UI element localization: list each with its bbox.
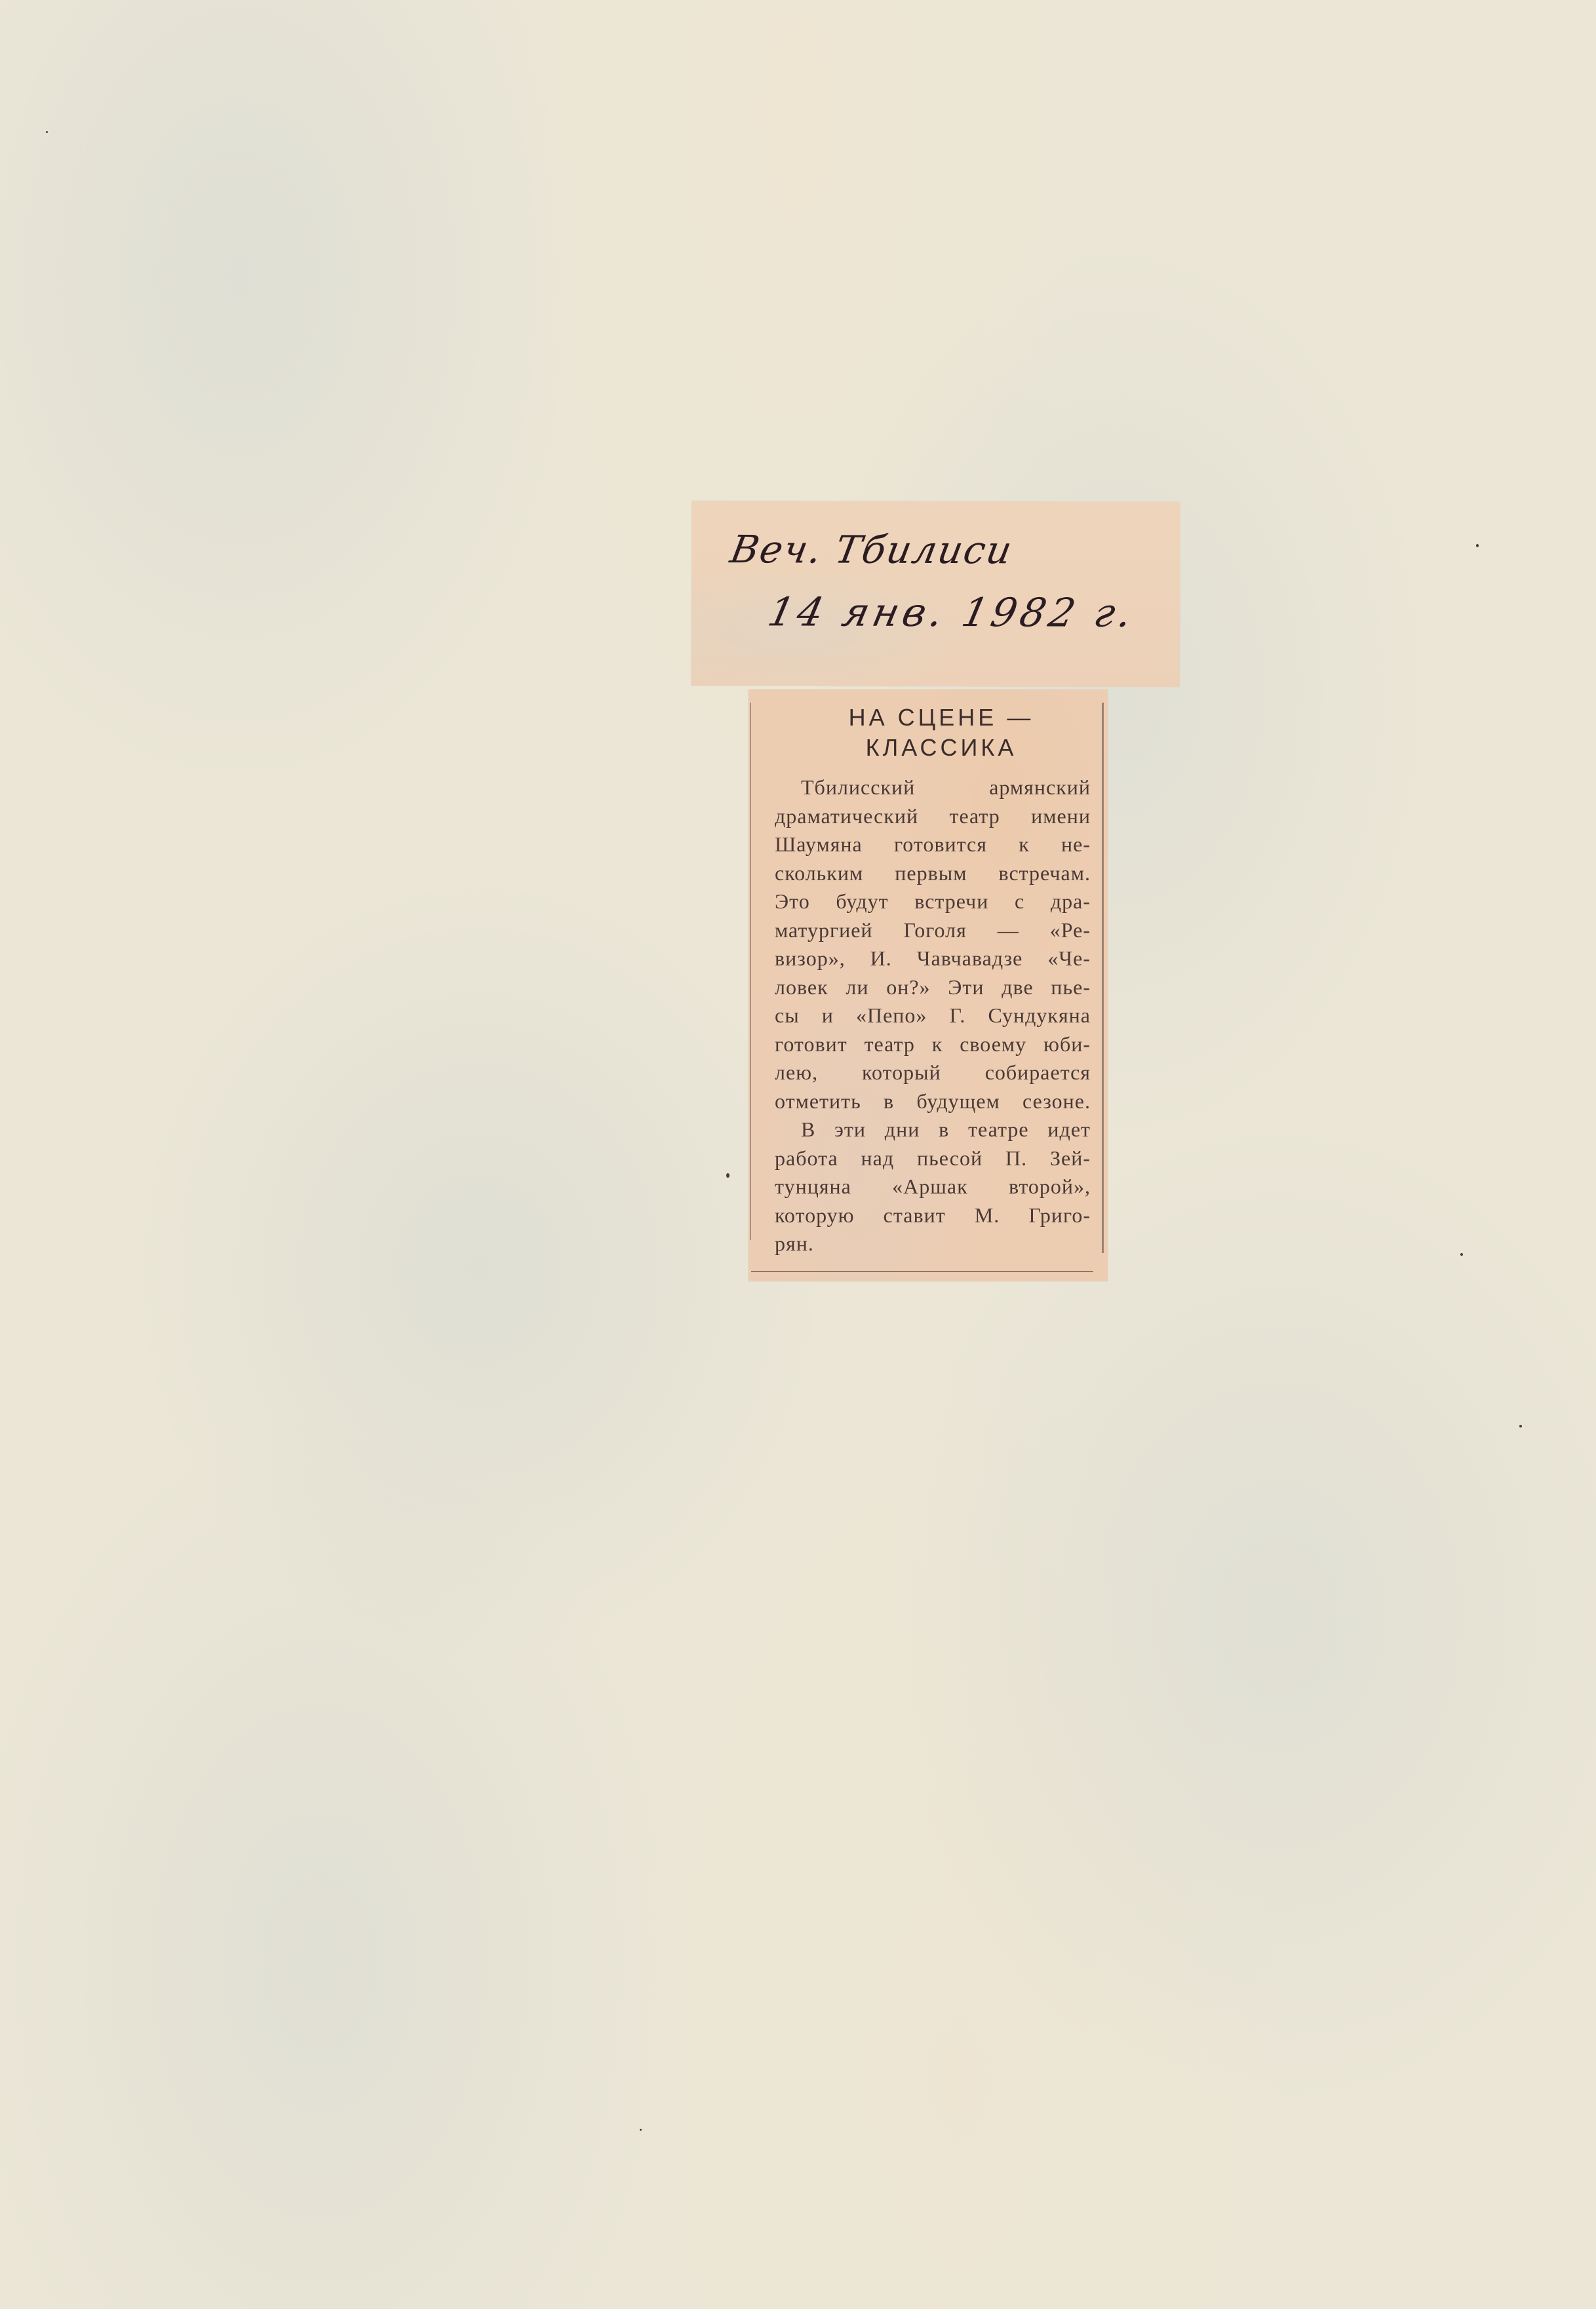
article-paragraph-2: В эти дни в театре идет работа над пьесо… [775, 1116, 1091, 1258]
article-line: визор», И. Чавчавадзе «Че- [775, 944, 1091, 973]
column-rule-right [1102, 703, 1104, 1253]
paper-speck [1476, 544, 1479, 547]
article-paragraph-1: Тбилисский армянский драматический театр… [775, 773, 1091, 1116]
paper-speck [1460, 1253, 1463, 1256]
paper-speck [640, 2129, 642, 2131]
article-line: лею, который собирается [775, 1058, 1091, 1087]
article-headline: НА СЦЕНЕ — КЛАССИКА [749, 703, 1108, 763]
article-line: Тбилисский армянский [775, 773, 1091, 802]
paper-speck [1519, 1425, 1522, 1427]
column-rule-left [750, 703, 751, 1240]
paper-speck [46, 131, 48, 133]
headline-line-2: КЛАССИКА [775, 733, 1108, 763]
article-line: скольким первым встречам. [775, 859, 1091, 888]
article-line: драматический театр имени [775, 802, 1091, 831]
article-line: сы и «Пепо» Г. Сундукяна [775, 1001, 1091, 1030]
article-line: В эти дни в театре идет [775, 1116, 1091, 1144]
headline-line-1: НА СЦЕНЕ — [775, 703, 1108, 733]
article-line: работа над пьесой П. Зей- [775, 1144, 1091, 1173]
newspaper-clipping: НА СЦЕНЕ — КЛАССИКА Тбилисский армянский… [749, 689, 1108, 1281]
article-line: тунцяна «Аршак второй», [775, 1173, 1091, 1201]
article-body: Тбилисский армянский драматический театр… [775, 773, 1091, 1258]
article-line: ловек ли он?» Эти две пье- [775, 973, 1091, 1002]
article-line: рян. [775, 1230, 1091, 1258]
article-line: отметить в будущем сезоне. [775, 1087, 1091, 1116]
publication-date: 14 янв. 1982 г. [764, 589, 1140, 636]
article-line: готовит театр к своему юби- [775, 1030, 1091, 1059]
handwritten-source-label: Веч. Тбилиси 14 янв. 1982 г. [691, 501, 1180, 687]
bottom-rule [751, 1271, 1093, 1272]
paper-speck [726, 1173, 730, 1178]
publication-name: Веч. Тбилиси [727, 527, 1017, 572]
archive-page: { "source_label": { "publication": "Веч.… [0, 0, 1596, 2309]
article-line: Это будут встречи с дра- [775, 887, 1091, 916]
article-line: матургией Гоголя — «Ре- [775, 916, 1091, 945]
article-line: которую ставит М. Григо- [775, 1201, 1091, 1230]
article-line: Шаумяна готовится к не- [775, 830, 1091, 859]
